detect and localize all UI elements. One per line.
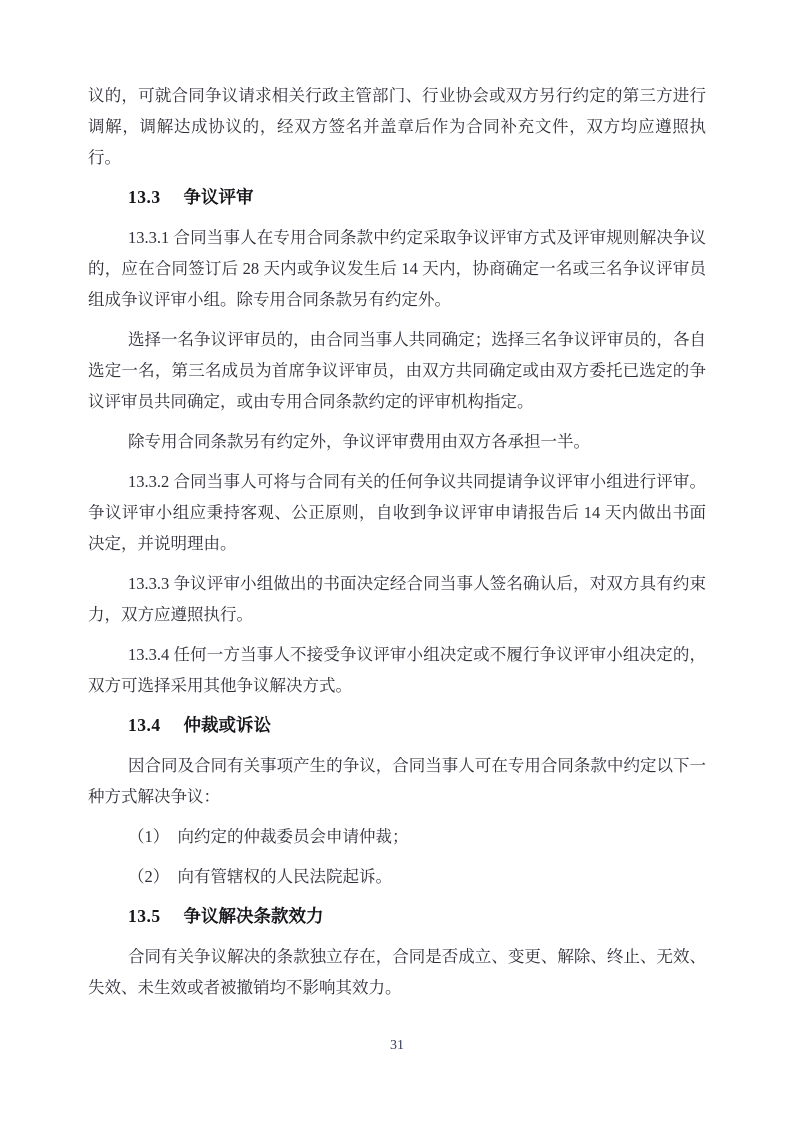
clause-paragraph-13-3-1: 13.3.1 合同当事人在专用合同条款中约定采取争议评审方式及评审规则解决争议的…: [88, 222, 706, 315]
section-title: 仲裁或诉讼: [184, 715, 272, 735]
document-content: 议的，可就合同争议请求相关行政主管部门、行业协会或双方另行约定的第三方进行调解，…: [88, 80, 706, 1012]
page-number: 31: [0, 1037, 794, 1055]
clause-paragraph-reviewer-selection: 选择一名争议评审员的，由合同当事人共同确定；选择三名争议评审员的，各自选定一名，…: [88, 324, 706, 417]
section-heading-13-3: 13.3 争议评审: [88, 182, 706, 213]
section-title: 争议评审: [184, 187, 254, 207]
clause-paragraph-severability: 合同有关争议解决的条款独立存在，合同是否成立、变更、解除、终止、无效、失效、未生…: [88, 941, 706, 1003]
clause-paragraph-review-fee: 除专用合同条款另有约定外，争议评审费用由双方各承担一半。: [88, 426, 706, 457]
document-page: 议的，可就合同争议请求相关行政主管部门、行业协会或双方另行约定的第三方进行调解，…: [0, 0, 794, 1122]
paragraph-continuation: 议的，可就合同争议请求相关行政主管部门、行业协会或双方另行约定的第三方进行调解，…: [88, 80, 706, 173]
section-number: 13.3: [128, 187, 161, 207]
list-item-litigation: （2） 向有管辖权的人民法院起诉。: [88, 861, 706, 892]
clause-paragraph-13-3-4: 13.3.4 任何一方当事人不接受争议评审小组决定或不履行争议评审小组决定的，双…: [88, 639, 706, 701]
section-number: 13.4: [128, 715, 161, 735]
list-item-arbitration: （1） 向约定的仲裁委员会申请仲裁；: [88, 821, 706, 852]
section-number: 13.5: [128, 906, 161, 926]
clause-paragraph-13-3-3: 13.3.3 争议评审小组做出的书面决定经合同当事人签名确认后，对双方具有约束力…: [88, 568, 706, 630]
clause-paragraph-dispute-methods: 因合同及合同有关事项产生的争议，合同当事人可在专用合同条款中约定以下一种方式解决…: [88, 750, 706, 812]
section-heading-13-4: 13.4 仲裁或诉讼: [88, 710, 706, 741]
clause-paragraph-13-3-2: 13.3.2 合同当事人可将与合同有关的任何争议共同提请争议评审小组进行评审。争…: [88, 466, 706, 559]
section-title: 争议解决条款效力: [184, 906, 324, 926]
section-heading-13-5: 13.5 争议解决条款效力: [88, 901, 706, 932]
